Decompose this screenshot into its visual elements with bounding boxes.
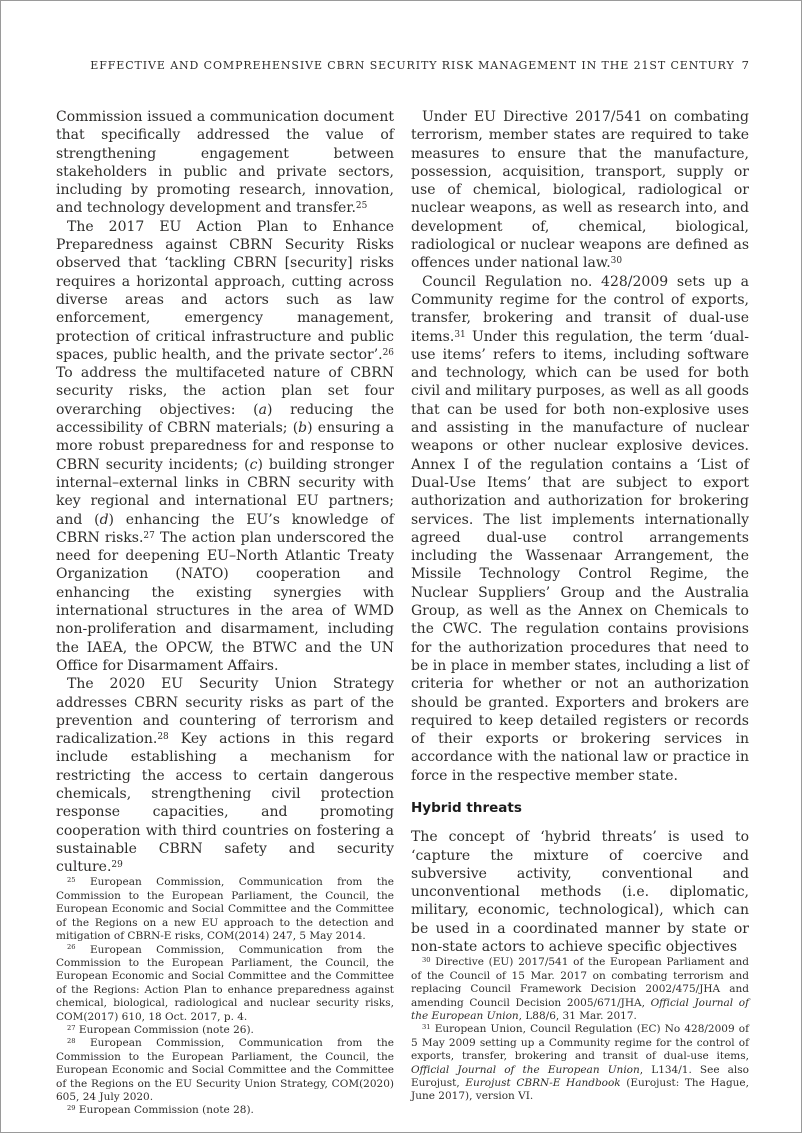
paragraph: Under EU Directive 2017/541 on combating… [411,108,749,273]
left-column-body: Commission issued a communication docume… [56,108,394,876]
paragraph: The concept of ‘hybrid threats’ is used … [411,828,749,956]
right-column-body: Under EU Directive 2017/541 on combating… [411,108,749,956]
right-column: Under EU Directive 2017/541 on combating… [411,108,749,1020]
running-header-title: EFFECTIVE AND COMPREHENSIVE CBRN SECURIT… [90,59,734,72]
paragraph: Council Regulation no. 428/2009 sets up … [411,273,749,785]
footnote: 25 European Commission, Communication fr… [56,876,394,943]
two-column-layout: Commission issued a communication docume… [56,108,749,1020]
footnote: 28 European Commission, Communication fr… [56,1037,394,1104]
footnote: 29 European Commission (note 28). [56,1104,394,1117]
paragraph: The 2017 EU Action Plan to Enhance Prepa… [56,218,394,675]
footnote: 31 European Union, Council Regulation (E… [411,1023,749,1103]
running-header: EFFECTIVE AND COMPREHENSIVE CBRN SECURIT… [56,58,749,72]
right-column-footnotes: 30 Directive (EU) 2017/541 of the Europe… [411,956,749,1103]
paragraph: The 2020 EU Security Union Strategy addr… [56,675,394,876]
footnote: 27 European Commission (note 26). [56,1024,394,1037]
section-heading: Hybrid threats [411,799,749,817]
document-page: EFFECTIVE AND COMPREHENSIVE CBRN SECURIT… [0,0,802,1133]
footnote: 30 Directive (EU) 2017/541 of the Europe… [411,956,749,1023]
paragraph: Commission issued a communication docume… [56,108,394,218]
left-column: Commission issued a communication docume… [56,108,394,1020]
page-number: 7 [742,58,749,72]
left-column-footnotes: 25 European Commission, Communication fr… [56,876,394,1117]
footnote: 26 European Commission, Communication fr… [56,944,394,1024]
